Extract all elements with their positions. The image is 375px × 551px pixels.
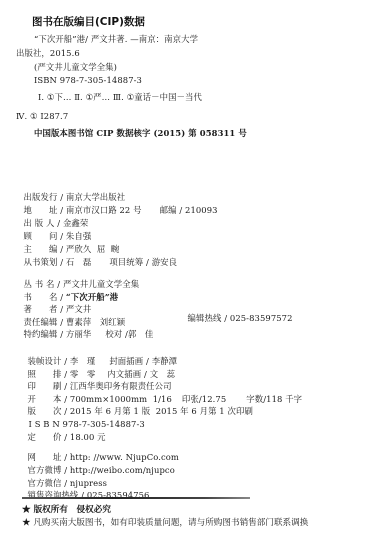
- proofreader-value: 郭 佳: [128, 329, 153, 339]
- price-row: 定 价 / 18.00 元: [22, 421, 106, 443]
- cip-line-isbn: ISBN 978-7-305-14887-3: [34, 75, 142, 86]
- cip-line-classification: Ⅰ. ①下… Ⅱ. ①严… Ⅲ. ①童话－中国－当代: [38, 92, 202, 103]
- special-editor-row: 特约编辑 / 方丽华校对 /郭 佳: [18, 318, 153, 340]
- exchange-notice: ★ 凡购买南大版图书，如有印装质量问题，请与所购图书销售部门联系调换: [22, 518, 308, 529]
- proofreader-label: 校对: [105, 329, 122, 339]
- cip-line-call-number: Ⅳ. ① I287.7: [16, 111, 68, 122]
- special-editor-label: 特约编辑: [24, 329, 58, 339]
- coordinator-value: 游安良: [152, 257, 177, 267]
- editor-hotline: 编辑热线 / 025-83597572: [182, 302, 293, 324]
- cip-line-publisher-date: 出版社，2015.6: [16, 48, 80, 59]
- cip-line-series: (严文井儿童文学全集): [34, 62, 117, 73]
- editor-hotline-label: 编辑热线: [188, 313, 222, 323]
- postcode-label: 邮编: [160, 205, 177, 215]
- postcode-value: 210093: [185, 205, 218, 215]
- series-planner-label: 从书策划: [24, 257, 58, 267]
- series-planner-value: 石 磊: [66, 257, 91, 267]
- cip-title: 图书在版编目(CIP)数据: [32, 15, 145, 29]
- cip-line-title-author: “下次开船”港/ 严文井著. —南京：南京大学: [34, 34, 198, 45]
- series-planner-row: 从书策划 / 石 磊项目统筹 / 游安良: [18, 246, 177, 268]
- editor-hotline-value: 025-83597572: [230, 313, 293, 323]
- copyright-notice: ★ 版权所有 侵权必究: [22, 505, 111, 516]
- coordinator-label: 项目统筹: [109, 257, 143, 267]
- sales-hotline-label: 销售咨询热线: [28, 490, 79, 500]
- cip-line-record-number: 中国版本图书馆 CIP 数据核字 (2015) 第 058311 号: [34, 128, 247, 139]
- sales-hotline-value: 025-83594756: [87, 490, 150, 500]
- special-editor-value: 方丽华: [66, 329, 91, 339]
- words-value: 118 千字: [266, 394, 302, 404]
- divider-line: [22, 497, 250, 499]
